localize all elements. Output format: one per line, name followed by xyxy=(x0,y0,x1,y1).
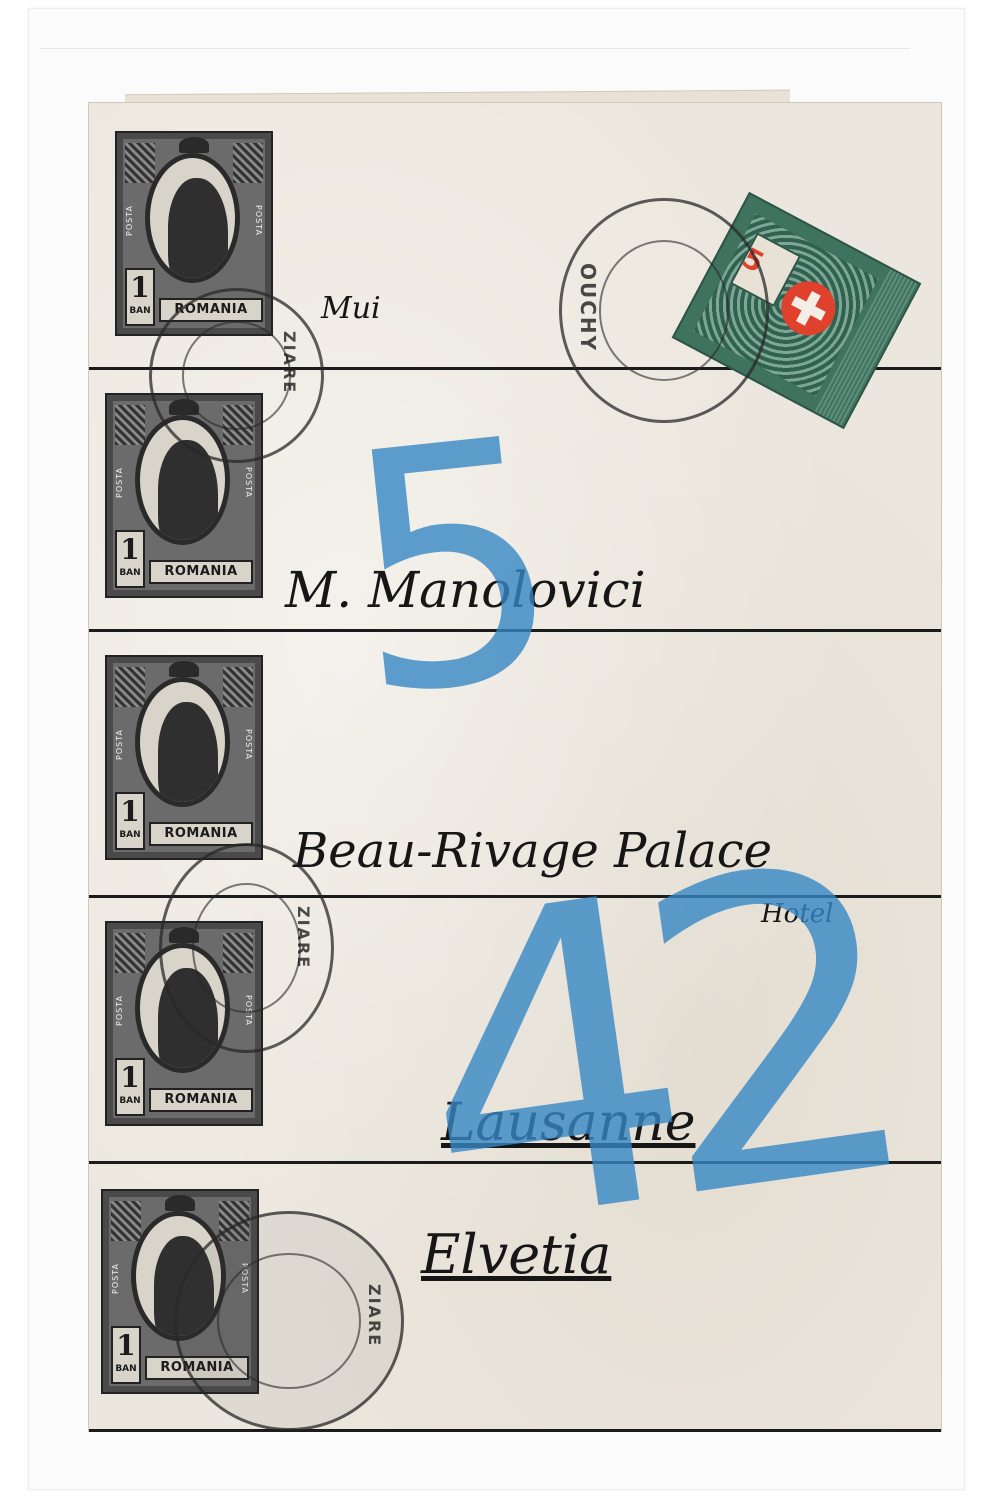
stamp-side-text: POSTA xyxy=(115,467,124,498)
stamp-side-text: POSTA xyxy=(115,729,124,760)
postmark-text: ZIARE xyxy=(365,1284,384,1347)
ziare-postmark: ZIARE xyxy=(174,1211,404,1431)
stamp-unit: BAN xyxy=(127,306,153,316)
blue-tax-marking: 42 xyxy=(392,813,900,1292)
crown-icon xyxy=(179,137,209,153)
stamp-side-text: POSTA xyxy=(254,205,263,236)
laurel-icon xyxy=(115,667,145,707)
stamp-unit: BAN xyxy=(117,568,143,578)
laurel-icon xyxy=(223,667,253,707)
stamp-unit: BAN xyxy=(117,830,143,840)
ouchy-postmark: OUCHY xyxy=(559,198,769,423)
postmark-text: ZIARE xyxy=(294,906,313,969)
stamp-country: ROMANIA xyxy=(149,822,253,846)
laurel-icon xyxy=(111,1201,141,1241)
stamp-side-text: POSTA xyxy=(115,995,124,1026)
stamp-country: ROMANIA xyxy=(149,1088,253,1112)
newspaper-wrapper: POSTA POSTA 1BAN ROMANIA POSTA POSTA 1BA… xyxy=(88,102,942,1432)
stamp-side-text: POSTA xyxy=(244,729,253,760)
stamp-country: ROMANIA xyxy=(149,560,253,584)
stamp-unit: BAN xyxy=(117,1096,143,1106)
laurel-icon xyxy=(125,143,155,183)
stamp-value: 1 xyxy=(113,1328,139,1364)
postmark-text: OUCHY xyxy=(576,263,600,352)
romania-stamp: POSTA POSTA 1BAN ROMANIA xyxy=(105,655,263,860)
stamp-value: 1 xyxy=(127,270,153,306)
stamp-side-text: POSTA xyxy=(244,467,253,498)
laurel-icon xyxy=(115,933,145,973)
stamp-value: 1 xyxy=(117,532,143,568)
crown-icon xyxy=(169,661,199,677)
stamp-side-text: POSTA xyxy=(111,1263,120,1294)
postmark-text: ZIARE xyxy=(280,331,299,394)
stamp-value: 1 xyxy=(117,1060,143,1096)
king-portrait xyxy=(145,153,240,283)
stamp-unit: BAN xyxy=(113,1364,139,1374)
salutation-text: Mui xyxy=(321,291,381,326)
sleeve-edge xyxy=(40,18,910,49)
address-rule xyxy=(89,1429,941,1432)
stamp-side-text: POSTA xyxy=(125,205,134,236)
ziare-postmark: ZIARE xyxy=(149,288,324,463)
king-portrait xyxy=(135,677,230,807)
blue-tax-marking: 5 xyxy=(332,393,575,743)
laurel-icon xyxy=(115,405,145,445)
stamp-value: 1 xyxy=(117,794,143,830)
laurel-icon xyxy=(233,143,263,183)
crown-icon xyxy=(165,1195,195,1211)
